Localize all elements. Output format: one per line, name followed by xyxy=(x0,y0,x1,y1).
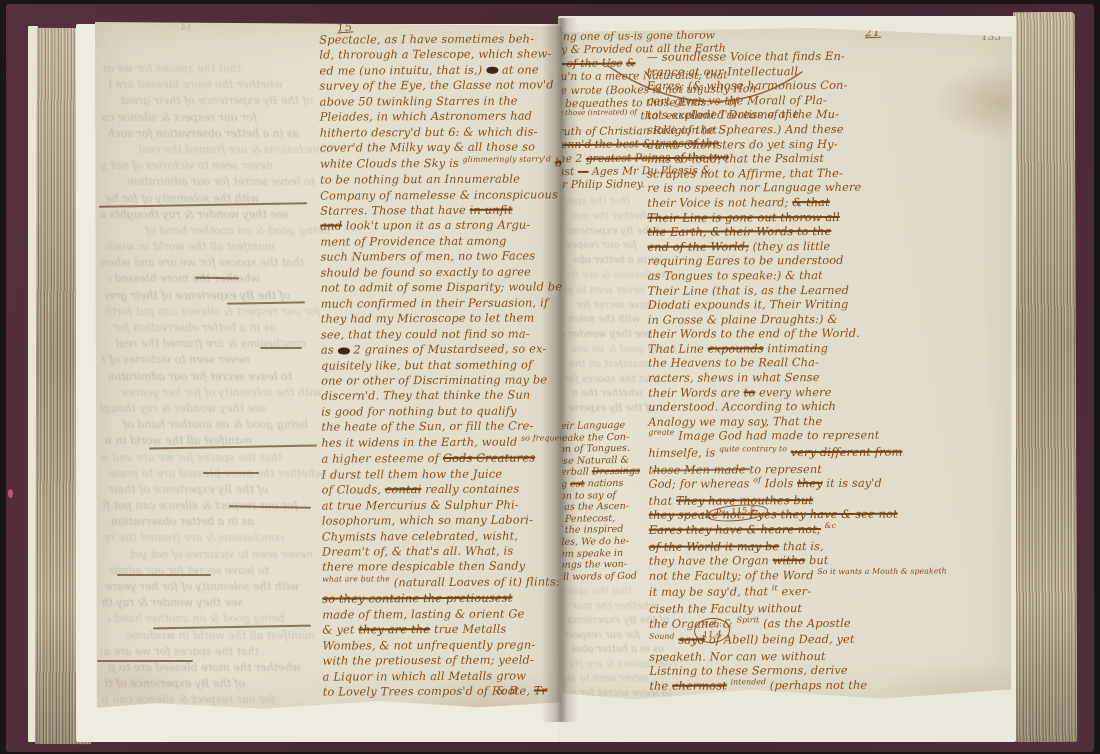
right-page-main-column: — soundlesse Voice that finds En-trance … xyxy=(647,48,1012,698)
right-page: 21 133 that the spaces for we are and wh… xyxy=(562,28,1012,700)
catchword-left: & B xyxy=(496,684,517,697)
show-through-text-left: that the spaces for we are and when laid… xyxy=(101,62,327,710)
ghost-page-number: 14 xyxy=(181,22,192,33)
photograph-background: 15 14 that the spaces for we are and whe… xyxy=(0,0,1100,754)
red-thread-marker xyxy=(8,489,13,498)
left-page-main-column: Spectacle, as I have sometimes beh-ld, t… xyxy=(319,31,562,702)
left-page: 15 14 that the spaces for we are and whe… xyxy=(95,22,562,710)
page-edges-right xyxy=(1013,12,1078,742)
